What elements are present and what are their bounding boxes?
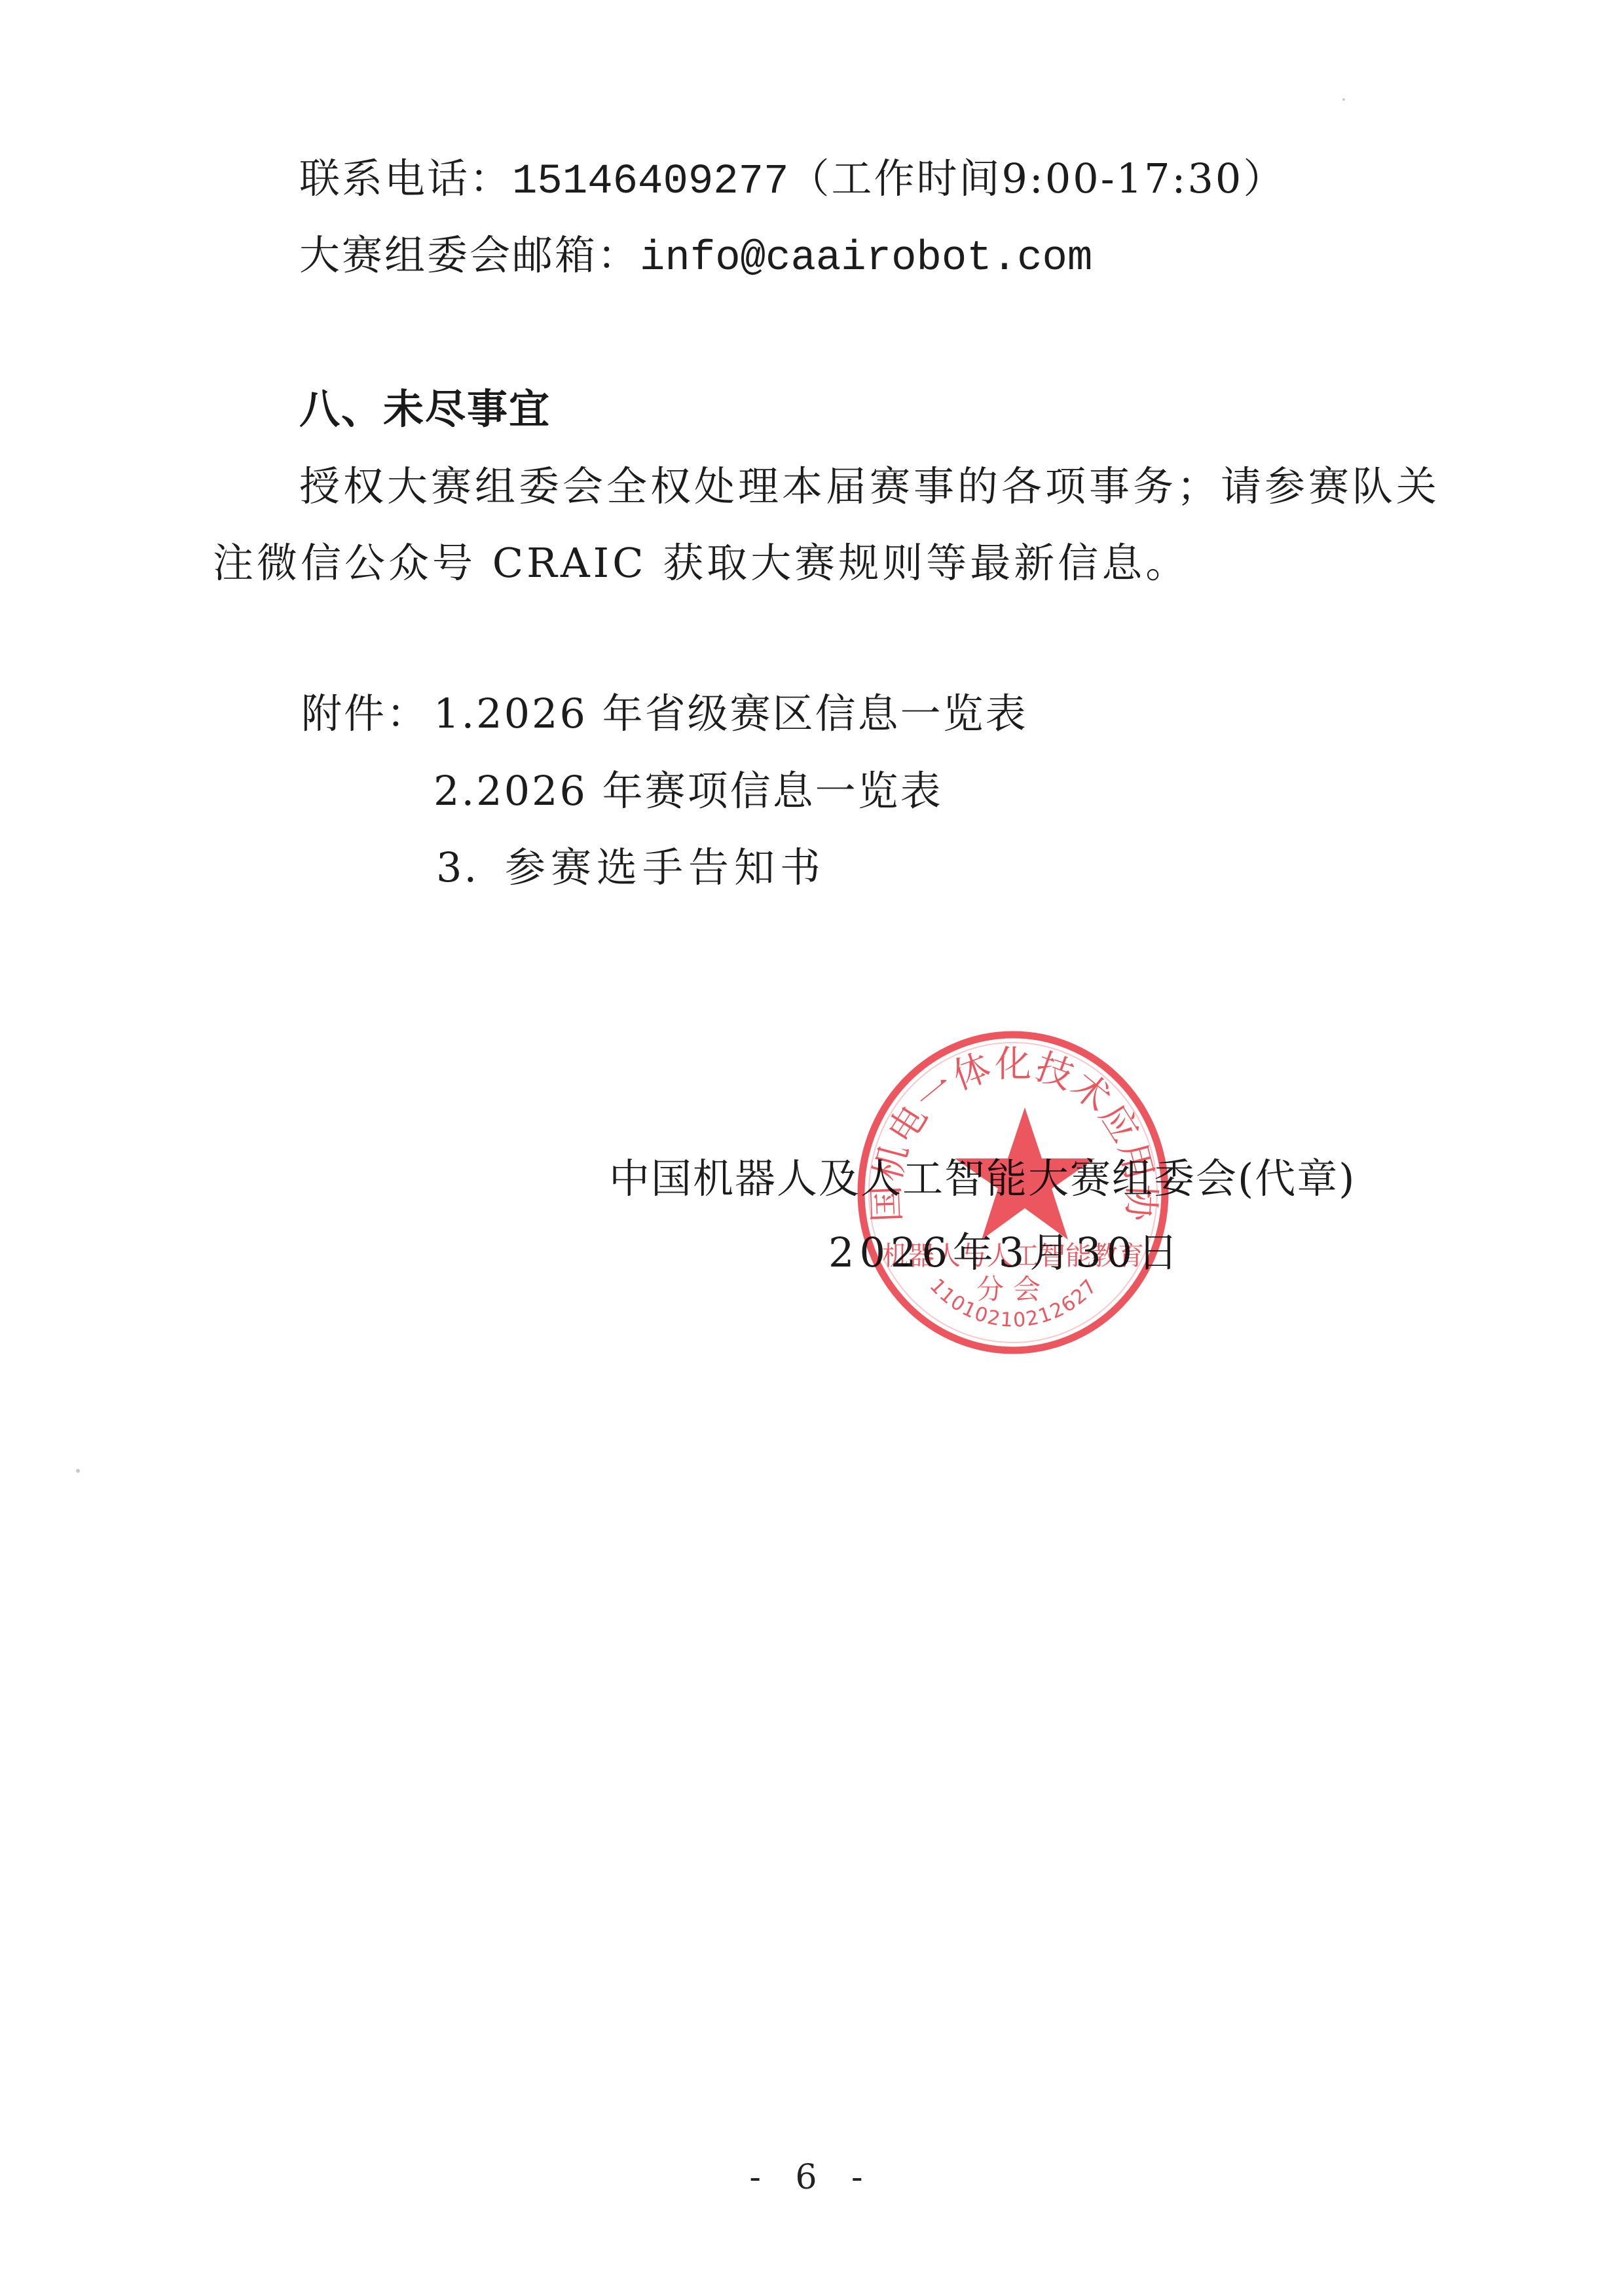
attachment-number: 2. xyxy=(434,767,476,815)
phone-hours: （工作时间9:00-17:30） xyxy=(788,155,1285,202)
seal-serial: 11010210212627 xyxy=(925,1274,1103,1332)
email-label: 大赛组委会邮箱： xyxy=(299,231,640,279)
phone-label: 联系电话： xyxy=(299,155,512,202)
attachment-number: 3. xyxy=(436,842,505,894)
section-paragraph-line-1: 授权大赛组委会全权处理本届赛事的各项事务；请参赛队关 xyxy=(299,460,1440,513)
attachment-item-2: 2.2026 年赛项信息一览表 xyxy=(434,765,943,817)
attachment-item-3: 3.参赛选手告知书 xyxy=(436,842,826,894)
phone-number: 15146409277 xyxy=(512,158,788,206)
scan-speck xyxy=(1342,98,1345,101)
page-number: - 6 - xyxy=(0,2151,1624,2204)
svg-text:11010210212627: 11010210212627 xyxy=(925,1274,1103,1332)
section-paragraph-line-2: 注微信公众号 CRAIC 获取大赛规则等最新信息。 xyxy=(213,537,1189,589)
signature-date: 2026年3月30日 xyxy=(828,1227,1183,1279)
attachment-title: 2026 年省级赛区信息一览表 xyxy=(476,690,1028,737)
section-heading: 八、未尽事宜 xyxy=(299,383,551,435)
signature-organization: 中国机器人及人工智能大赛组委会(代章) xyxy=(609,1153,1356,1205)
email-address: info@caairobot.com xyxy=(640,235,1092,282)
scan-speck xyxy=(76,1469,80,1473)
attachment-title: 2026 年赛项信息一览表 xyxy=(476,767,943,815)
attachment-item-1: 1.2026 年省级赛区信息一览表 xyxy=(434,688,1028,740)
attachments-label: 附件： xyxy=(301,688,429,740)
attachment-title: 参赛选手告知书 xyxy=(505,843,826,891)
contact-email-line: 大赛组委会邮箱：info@caairobot.com xyxy=(299,229,1092,285)
contact-phone-line: 联系电话：15146409277（工作时间9:00-17:30） xyxy=(299,153,1285,208)
attachment-number: 1. xyxy=(434,690,476,737)
